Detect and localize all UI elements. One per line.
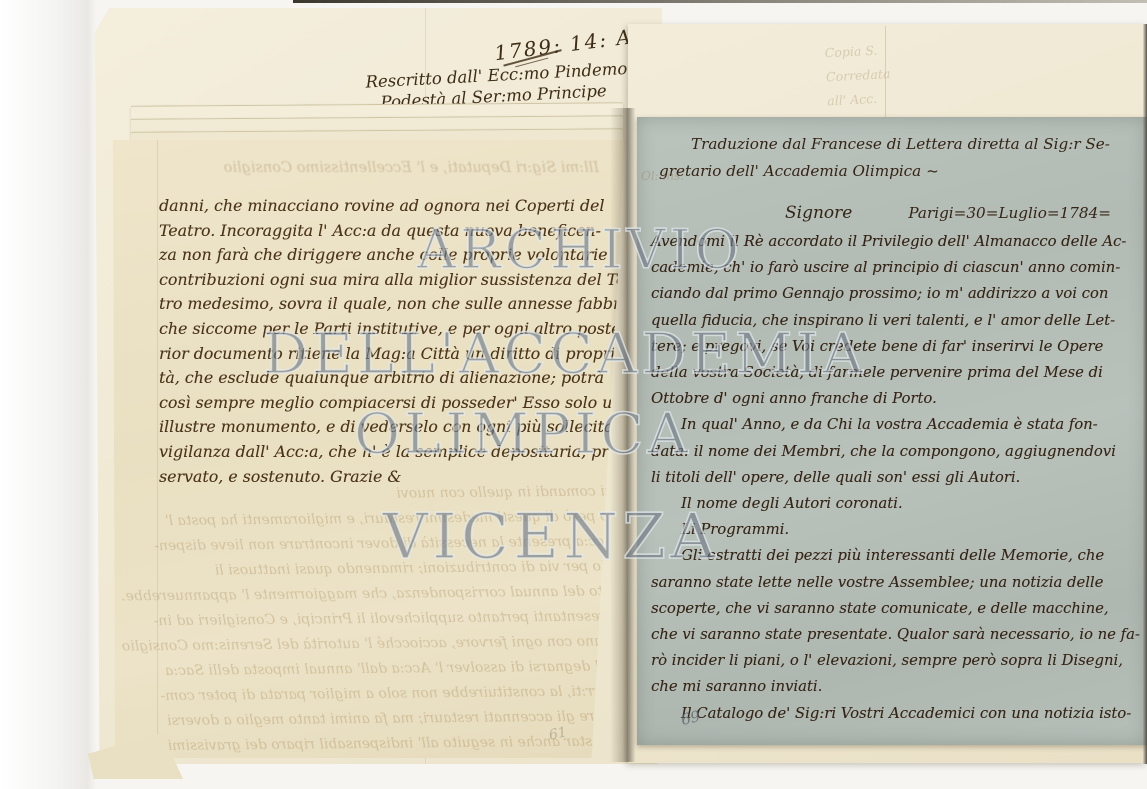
manuscript-line: illustre monumento, e di vederselo con o… — [159, 415, 629, 440]
scanned-manuscript-document: 1789: 14: Ag:o Rescritto dall' Ecc:mo Pi… — [0, 0, 1147, 789]
bleed-through-text-block: ui comandi in quello con nuovito però di… — [122, 479, 617, 759]
manuscript-line: Avendomi il Rè accordato il Privilegio d… — [651, 229, 1145, 255]
manuscript-line: Il nome degli Autori coronati. — [651, 491, 1145, 517]
manuscript-line: contribuzioni ogni sua mira alla miglior… — [159, 268, 629, 293]
salutation: Signore — [785, 203, 852, 223]
manuscript-line: che mi saranno inviati. — [651, 674, 1145, 700]
left-page-text-block: danni, che minacciano rovine ad ognora n… — [159, 194, 629, 489]
manuscript-line: za non farà che diriggere anche colle pr… — [159, 243, 629, 268]
manuscript-line: danni, che minacciano rovine ad ognora n… — [159, 194, 629, 219]
manuscript-line: li titoli dell' opere, delle quali son' … — [651, 465, 1145, 491]
manuscript-line: Ottobre d' ogni anno franche di Porto. — [651, 386, 1145, 412]
manuscript-line: Il Catalogo de' Sig:ri Vostri Accademici… — [651, 701, 1145, 727]
letter-body-text: Avendomi il Rè accordato il Privilegio d… — [651, 229, 1145, 727]
manuscript-line: Gli estratti dei pezzi più interessanti … — [651, 543, 1145, 569]
heading-line: gretario dell' Accademia Olimpica ~ — [653, 158, 1143, 185]
faint-margin-fragment: Ol: ins. — [641, 169, 684, 183]
page-gap-shadow — [610, 108, 642, 762]
left-manuscript-page: Ill:mi Sig:ri Deputati, e l' Eccellentis… — [113, 140, 625, 758]
manuscript-line: Li Programmi. — [651, 517, 1145, 543]
heading-line: Traduzione dal Francese di Lettera diret… — [653, 131, 1143, 158]
manuscript-line: così sempre meglio compiacersi di possed… — [159, 391, 629, 416]
bleed-through-line: prestar anche in seguito all' indispensa… — [124, 729, 616, 759]
manuscript-line: che vi saranno state presentate. Qualor … — [651, 622, 1145, 648]
manuscript-line: rior documento ritiene la Mag:a Città un… — [159, 342, 629, 367]
scanner-edge-line — [1143, 24, 1147, 764]
dateline: Parigi=30=Luglio=1784= — [908, 204, 1111, 222]
right-manuscript-page: Traduzione dal Francese di Lettera diret… — [637, 117, 1147, 745]
manuscript-line: saranno state lette nelle vostre Assembl… — [651, 570, 1145, 596]
manuscript-line: della vostra Società, di farmele perveni… — [651, 360, 1145, 386]
manuscript-line: ciando dal primo Gennajo prossimo; io m'… — [651, 281, 1145, 307]
manuscript-line: cademie, ch' io farò uscire al principio… — [651, 255, 1145, 281]
scanner-edge-line — [293, 0, 1147, 3]
manuscript-line: Teatro. Incoraggita l' Acc:a da questa n… — [159, 219, 629, 244]
manuscript-line: tro medesimo, sovra il quale, non che su… — [159, 292, 629, 317]
manuscript-line: In qual' Anno, e da Chi la vostra Accade… — [651, 412, 1145, 438]
bleed-through-line: Ill:mi Sig:ri Deputati, e l' Eccellentis… — [149, 160, 599, 176]
manuscript-line: quella fiducia, che inspirano li veri ta… — [651, 308, 1145, 334]
manuscript-line: rò incider li piani, o l' elevazioni, se… — [651, 648, 1145, 674]
manuscript-line: tere; e pregovi, se Voi credete bene di … — [651, 334, 1145, 360]
manuscript-line: tà, che esclude qualunque arbitrio di al… — [159, 366, 629, 391]
manuscript-line: vigilanza dall' Acc:a, che n' è la sempl… — [159, 440, 629, 465]
manuscript-line: che siccome per le Parti institutive, e … — [159, 317, 629, 342]
faint-backing-notes: Copia S.Corredataall' Acc. — [824, 35, 958, 114]
salutation-row: Signore Parigi=30=Luglio=1784= — [637, 203, 1131, 223]
manuscript-line: data: il nome dei Membri, che la compong… — [651, 439, 1145, 465]
manuscript-line: scoperte, che vi saranno state comunicat… — [651, 596, 1145, 622]
letter-heading: Traduzione dal Francese di Lettera diret… — [653, 131, 1143, 185]
